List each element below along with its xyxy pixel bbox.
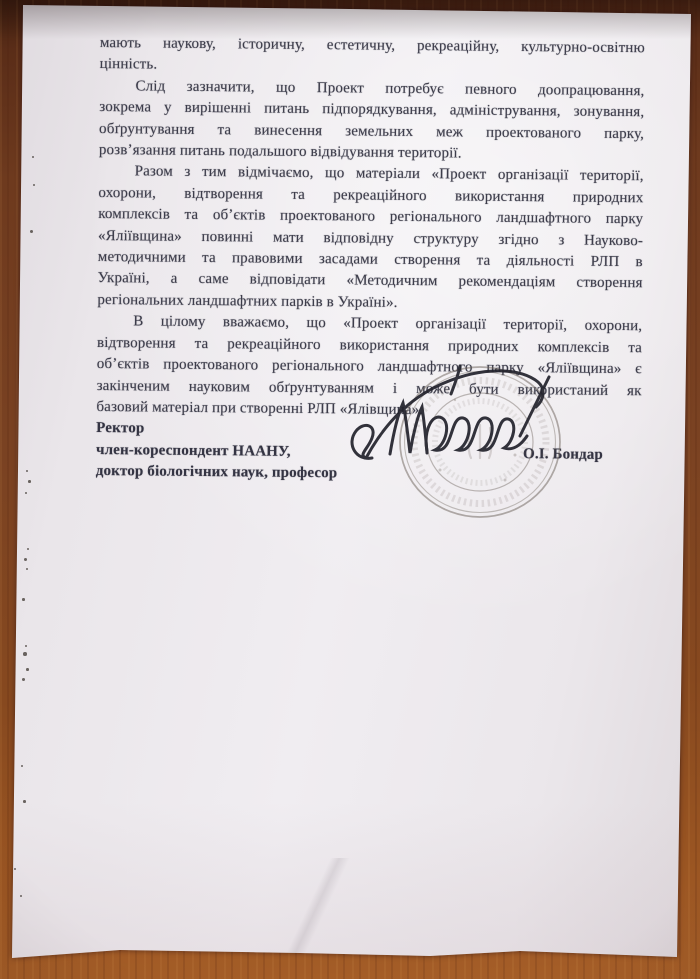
paper-sheet: мають наукову, історичну, естетичну, рек…	[0, 0, 700, 979]
handwritten-signature-icon	[328, 350, 560, 470]
photo-background: мають наукову, історичну, естетичну, рек…	[0, 0, 700, 979]
document-page: мають наукову, історичну, естетичну, рек…	[0, 0, 700, 979]
paper-crease	[250, 858, 380, 963]
